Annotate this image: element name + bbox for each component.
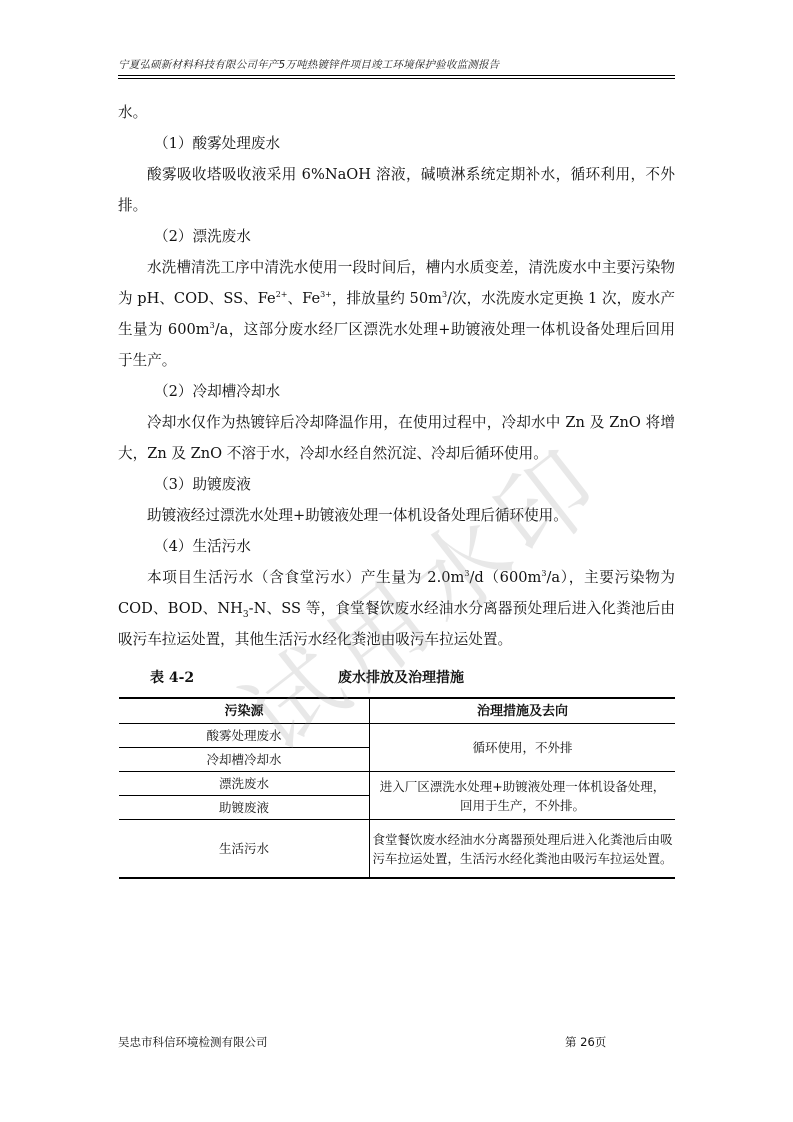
cell-source: 生活污水 [119, 820, 370, 879]
footer-company: 吴忠市科信环境检测有限公司 [118, 1034, 268, 1050]
cell-measure: 食堂餐饮废水经油水分离器预处理后进入化粪池后由吸污车拉运处置，生活污水经化粪池由… [370, 820, 676, 879]
cell-measure: 进入厂区漂洗水处理+助镀液处理一体机设备处理，回用于生产，不外排。 [370, 772, 676, 820]
table-header-row: 污染源 治理措施及去向 [119, 698, 675, 724]
continuation-text: 水。 [118, 97, 675, 128]
page-number: 第 26页 [565, 1034, 606, 1050]
cell-source: 漂洗废水 [119, 772, 370, 796]
table-row: 生活污水 食堂餐饮废水经油水分离器预处理后进入化粪池后由吸污车拉运处置，生活污水… [119, 820, 675, 879]
section-heading-domestic: （4）生活污水 [118, 531, 675, 562]
header-source: 污染源 [119, 698, 370, 724]
cell-source: 冷却槽冷却水 [119, 748, 370, 772]
table-title: 废水排放及治理措施 [338, 667, 464, 687]
paragraph-domestic: 本项目生活污水（含食堂污水）产生量为 2.0m3/d（600m3/a），主要污染… [118, 562, 675, 655]
wastewater-table: 污染源 治理措施及去向 酸雾处理废水 循环使用，不外排 冷却槽冷却水 漂洗废水 … [119, 697, 675, 879]
header-title: 宁夏弘硕新材料科技有限公司年产5万吨热镀锌件项目竣工环境保护验收监测报告 [118, 58, 675, 72]
page-footer: 吴忠市科信环境检测有限公司 第 26页 [118, 1034, 675, 1050]
header-rule-thin [118, 78, 675, 79]
paragraph-cooling: 冷却水仅作为热镀锌后冷却降温作用，在使用过程中，冷却水中 Zn 及 ZnO 将增… [118, 407, 675, 469]
paragraph-flux: 助镀液经过漂洗水处理+助镀液处理一体机设备处理后循环使用。 [118, 500, 675, 531]
section-heading-rinse: （2）漂洗废水 [118, 221, 675, 252]
section-heading-cooling: （2）冷却槽冷却水 [118, 376, 675, 407]
paragraph-acid-mist: 酸雾吸收塔吸收液采用 6%NaOH 溶液，碱喷淋系统定期补水，循环利用，不外排。 [118, 159, 675, 221]
table-caption: 表 4-2 废水排放及治理措施 [150, 667, 680, 689]
header-measure: 治理措施及去向 [370, 698, 676, 724]
cell-measure: 循环使用，不外排 [370, 724, 676, 772]
section-heading-acid-mist: （1）酸雾处理废水 [118, 128, 675, 159]
cell-source: 酸雾处理废水 [119, 724, 370, 748]
table-row: 酸雾处理废水 循环使用，不外排 [119, 724, 675, 748]
table-number: 表 4-2 [150, 667, 194, 687]
table-row: 漂洗废水 进入厂区漂洗水处理+助镀液处理一体机设备处理，回用于生产，不外排。 [119, 772, 675, 796]
document-body: 水。 （1）酸雾处理废水 酸雾吸收塔吸收液采用 6%NaOH 溶液，碱喷淋系统定… [118, 97, 675, 655]
cell-source: 助镀废液 [119, 796, 370, 820]
section-heading-flux: （3）助镀废液 [118, 469, 675, 500]
header-rule [118, 75, 675, 76]
paragraph-rinse: 水洗槽清洗工序中清洗水使用一段时间后，槽内水质变差，清洗废水中主要污染物为 pH… [118, 252, 675, 376]
page-header: 宁夏弘硕新材料科技有限公司年产5万吨热镀锌件项目竣工环境保护验收监测报告 [118, 58, 675, 79]
